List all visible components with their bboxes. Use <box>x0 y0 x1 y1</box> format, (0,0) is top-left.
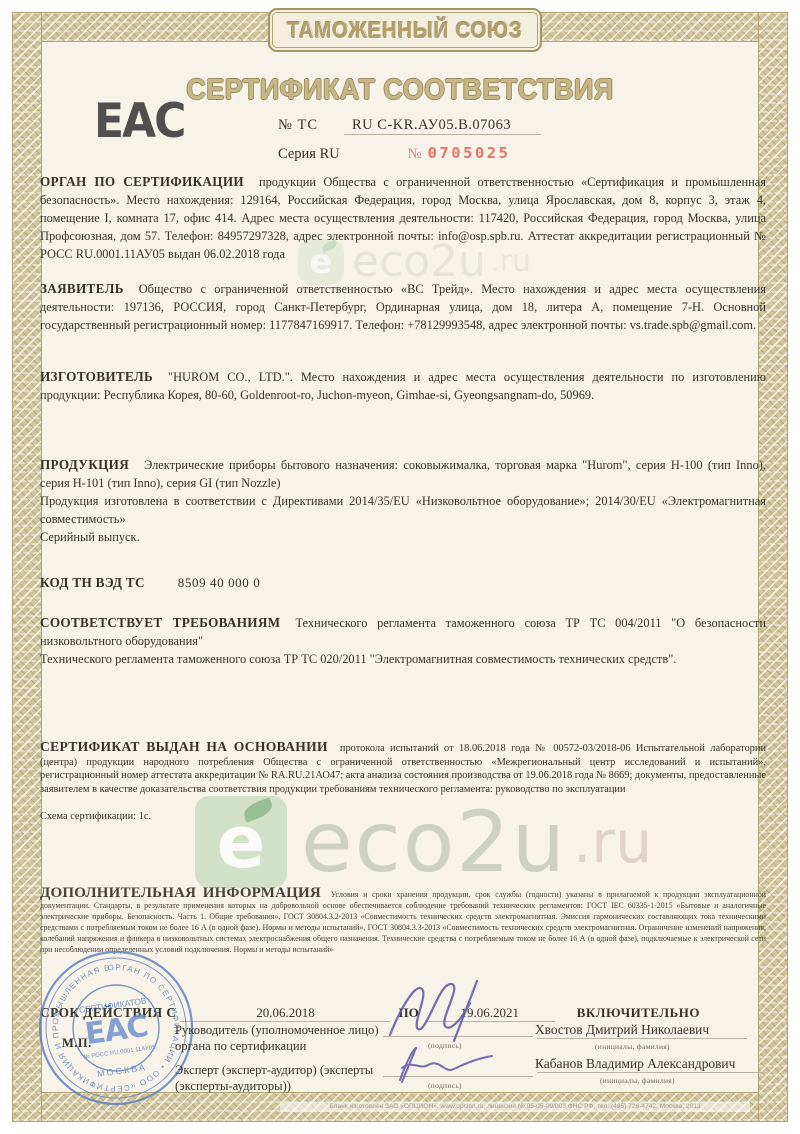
validity-inclusive-label: ВКЛЮЧИТЕЛЬНО <box>577 1005 700 1020</box>
section-tnved-code: КОД ТН ВЭД ТС8509 40 000 0 <box>40 574 766 592</box>
certificate-number-line: № ТСRU C-KR.АУ05.В.07063 <box>278 117 541 134</box>
section-text: Технического регламента таможенного союз… <box>40 652 676 666</box>
section-product-directives: Продукция изготовлена в соответствии с Д… <box>40 492 766 528</box>
section-applicant: ЗАЯВИТЕЛЬОбщество с ограниченной ответст… <box>40 280 766 334</box>
stamp-place-label: М.П. <box>62 1036 92 1051</box>
section-product: ПРОДУКЦИЯЭлектрические приборы бытового … <box>40 456 766 492</box>
section-issued-basis: СЕРТИФИКАТ ВЫДАН НА ОСНОВАНИИпротокола и… <box>40 740 766 796</box>
head-name-line <box>537 1038 747 1039</box>
section-heading: ИЗГОТОВИТЕЛЬ <box>40 369 168 384</box>
blank-manufacturer-note: Бланк изготовлен ЗАО «ОПЦИОН», www.opcio… <box>280 1102 750 1112</box>
section-heading: ЗАЯВИТЕЛЬ <box>40 281 139 296</box>
series-line: Серия RU№0705025 <box>278 144 510 163</box>
initials-caption: (инициалы, фамилия) <box>595 1042 670 1051</box>
section-heading: СООТВЕТСТВУЕТ ТРЕБОВАНИЯМ <box>40 615 295 630</box>
section-heading: СЕРТИФИКАТ ВЫДАН НА ОСНОВАНИИ <box>40 739 340 754</box>
series-label: Серия RU <box>278 146 340 162</box>
certificate-title: СЕРТИФИКАТ СООТВЕТСТВИЯ <box>28 74 772 107</box>
badge-label: ТАМОЖЕННЫЙ СОЮЗ <box>287 17 523 44</box>
customs-union-badge: ТАМОЖЕННЫЙ СОЮЗ <box>268 8 542 52</box>
section-certification-body: ОРГАН ПО СЕРТИФИКАЦИИпродукции Общества … <box>40 173 766 263</box>
expert-name: Кабанов Владимир Александрович <box>535 1056 775 1072</box>
expert-name-line <box>537 1072 762 1073</box>
section-conforms-to-2: Технического регламента таможенного союз… <box>40 650 766 668</box>
svg-text:ЕАС: ЕАС <box>83 1009 150 1052</box>
expert-role-label: Эксперт (эксперт-аудитор) (эксперты (экс… <box>175 1062 390 1094</box>
certificate-page: e eco2u .ru ТАМОЖЕННЫЙ СОЮЗ EAC СЕРТИФИК… <box>0 0 800 1134</box>
certification-scheme: Схема сертификации: 1с. <box>40 808 151 826</box>
series-number-sign: № <box>408 146 422 162</box>
number-value: RU C-KR.АУ05.В.07063 <box>344 117 541 135</box>
section-text: Общество с ограниченной ответственностью… <box>40 282 766 332</box>
section-heading: ПРОДУКЦИЯ <box>40 457 144 472</box>
section-heading: ОРГАН ПО СЕРТИФИКАЦИИ <box>40 174 259 189</box>
section-conforms-to: СООТВЕТСТВУЕТ ТРЕБОВАНИЯМТехнического ре… <box>40 614 766 650</box>
border-ornament-left <box>12 12 42 1122</box>
expert-signature-ink <box>388 1044 498 1084</box>
section-heading: ДОПОЛНИТЕЛЬНАЯ ИНФОРМАЦИЯ <box>40 885 331 901</box>
number-label: № ТС <box>278 117 318 133</box>
section-manufacturer: ИЗГОТОВИТЕЛЬ"HUROM CO., LTD.". Место нах… <box>40 368 766 404</box>
head-name: Хвостов Дмитрий Николаевич <box>535 1022 775 1038</box>
head-signature-ink <box>382 975 502 1047</box>
section-text: Продукция изготовлена в соответствии с Д… <box>40 494 766 526</box>
svg-text:МОСКВА: МОСКВА <box>97 1062 148 1079</box>
initials-caption: (инициалы, фамилия) <box>600 1076 675 1085</box>
head-role-label: Руководитель (уполномоченное лицо) орган… <box>175 1022 390 1054</box>
validity-from-date: 20.06.2018 <box>180 1005 390 1022</box>
section-text: Электрические приборы бытового назначени… <box>40 458 766 490</box>
section-heading: КОД ТН ВЭД ТС <box>40 575 160 590</box>
section-product-serial: Серийный выпуск. <box>40 528 140 546</box>
series-value: 0705025 <box>428 144 511 162</box>
tnved-code-value: 8509 40 000 0 <box>160 575 261 590</box>
